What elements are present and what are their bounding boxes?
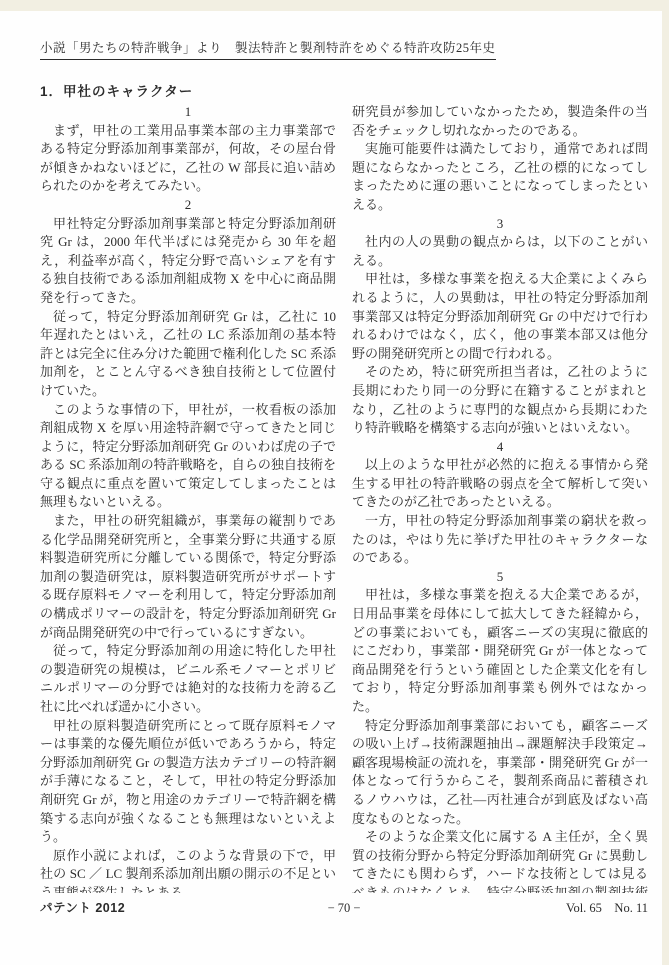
journal-page: { "colors": { "edge_band": "#f2efe2", "t… [0, 0, 669, 965]
running-header: 小説「男たちの特許戦争」より 製法特許と製剤特許をめぐる特許攻防25年史 [40, 38, 496, 60]
footer-volume-issue: Vol. 65 No. 11 [448, 898, 648, 916]
paragraph: 以上のような甲社が必然的に抱える事情から発生する甲社の特許戦略の弱点を全て解析し… [352, 456, 648, 512]
subsection-number: 2 [40, 196, 336, 215]
paragraph: 甲社の原料製造研究所にとって既存原料モノマーは事業的な優先順位が低いであろうから… [40, 717, 336, 847]
paragraph: 原作小説によれば，このような背景の下で，甲社の SC ／ LC 製剤系添加剤出願… [40, 847, 336, 893]
body-columns: 1 まず，甲社の工業用品事業本部の主力事業部である特定分野添加剤事業部が，何故，… [40, 103, 648, 893]
footer-journal-name: パテント 2012 [40, 898, 240, 916]
paragraph: 特定分野添加剤事業部においても，顧客ニーズの吸い上げ→技術課題抽出→課題解決手段… [352, 717, 648, 829]
subsection-number: 5 [352, 568, 648, 587]
paragraph: 甲社は，多様な事業を抱える大企業であるが，日用品事業を母体にして拡大してきた経緯… [352, 586, 648, 716]
paragraph: そのため，特に研究所担当者は，乙社のように長期にわたり同一の分野に在籍することが… [352, 363, 648, 437]
paragraph: 社内の人の異動の観点からは，以下のことがいえる。 [352, 233, 648, 270]
paragraph: 従って，特定分野添加剤研究 Gr は，乙社に 10 年遅れたとはいえ，乙社の L… [40, 308, 336, 401]
section-title: 1．甲社のキャラクター [40, 80, 193, 100]
paragraph: 従って，特定分野添加剤の用途に特化した甲社の製造研究の規模は，ビニル系モノマーと… [40, 642, 336, 716]
paragraph-continuation: 研究員が参加していなかったため，製造条件の当否をチェックし切れなかったのである。 [352, 103, 648, 140]
document-page: 小説「男たちの特許戦争」より 製法特許と製剤特許をめぐる特許攻防25年史 1．甲… [0, 0, 669, 965]
subsection-number: 1 [40, 103, 336, 122]
paragraph: 甲社特定分野添加剤事業部と特定分野添加剤研究 Gr は，2000 年代半ばには発… [40, 215, 336, 308]
footer-page-number: − 70 − [240, 901, 448, 916]
paragraph: 甲社は，多様な事業を抱える大企業によくみられるように，人の異動は，甲社の特定分野… [352, 270, 648, 363]
scan-edge-right [662, 0, 669, 965]
paragraph: そのような企業文化に属する A 主任が，全く異質の技術分野から特定分野添加剤研究… [352, 828, 648, 893]
subsection-number: 4 [352, 438, 648, 457]
paragraph: また，甲社の研究組織が，事業毎の縦割りである化学品開発研究所と，全事業分野に共通… [40, 512, 336, 642]
paragraph: 実施可能要件は満たしており，通常であれば問題にならなかったところ，乙社の標的にな… [352, 140, 648, 214]
paragraph: このような事情の下，甲社が，一枚看板の添加剤組成物 X を厚い用途特許網で守って… [40, 401, 336, 513]
right-column: 研究員が参加していなかったため，製造条件の当否をチェックし切れなかったのである。… [352, 103, 648, 893]
left-column: 1 まず，甲社の工業用品事業本部の主力事業部である特定分野添加剤事業部が，何故，… [40, 103, 336, 893]
paragraph: 一方，甲社の特定分野添加剤事業の窮状を救ったのは，やはり先に挙げた甲社のキャラク… [352, 512, 648, 568]
scan-edge-top [0, 0, 669, 11]
page-footer: パテント 2012 − 70 − Vol. 65 No. 11 [40, 898, 648, 916]
paragraph: まず，甲社の工業用品事業本部の主力事業部である特定分野添加剤事業部が，何故，その… [40, 122, 336, 196]
subsection-number: 3 [352, 215, 648, 234]
